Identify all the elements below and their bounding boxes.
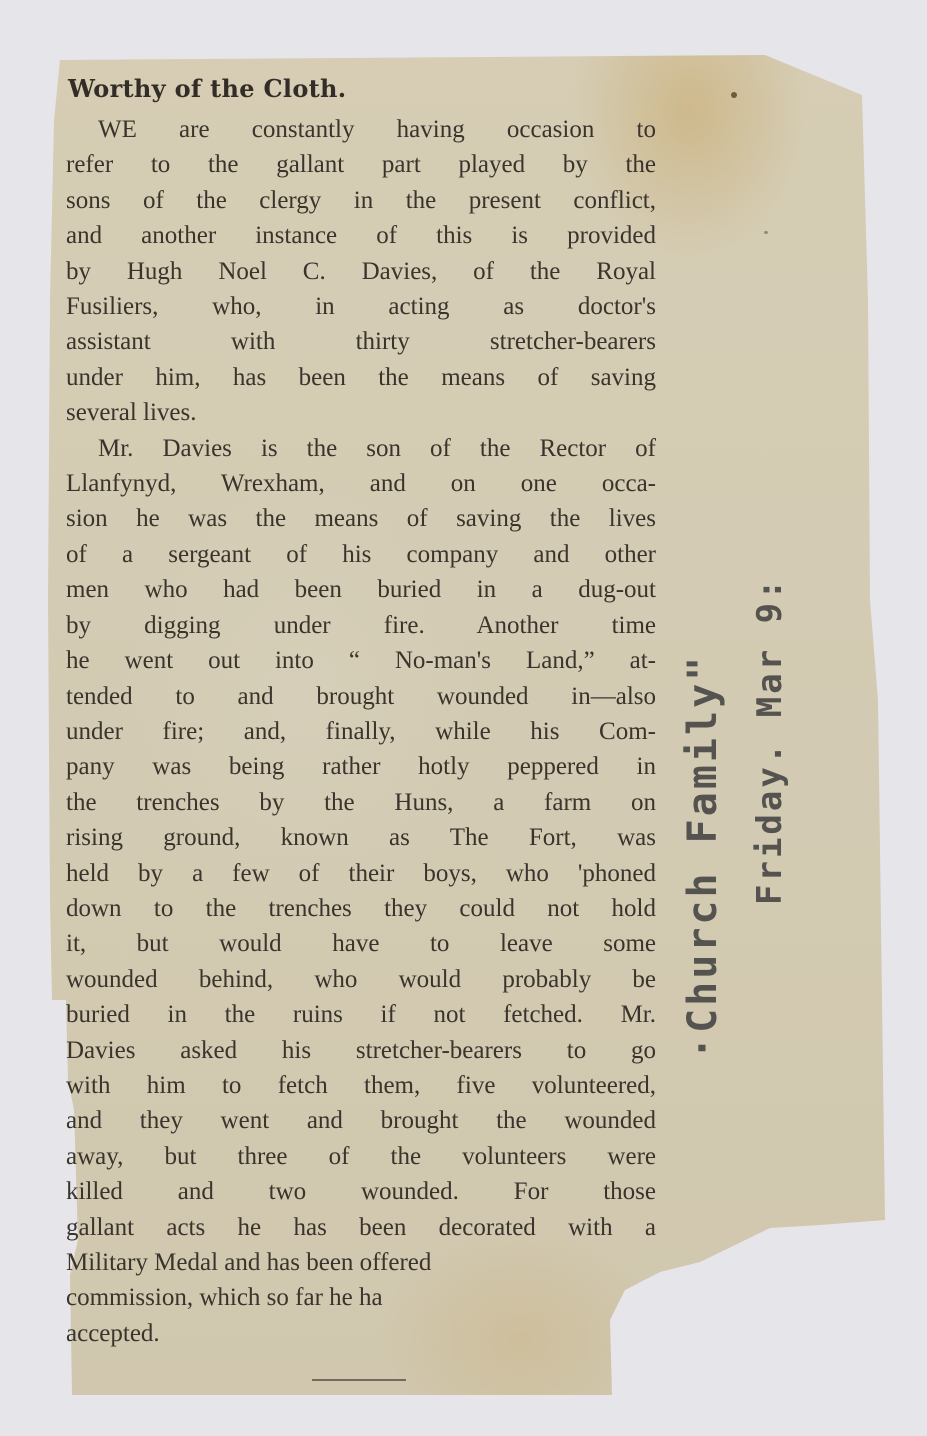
- text-line: men who had been buried in a dug-out: [66, 572, 656, 607]
- text-line: commission, which so far he ha: [66, 1280, 656, 1315]
- text-line: sons of the clergy in the present confli…: [66, 183, 656, 218]
- text-line: assistant with thirty stretcher-bearers: [66, 324, 656, 359]
- ink-speck: [764, 231, 768, 234]
- ink-speck: [731, 92, 737, 98]
- handwritten-source-note: ·Church Family": [680, 654, 726, 1060]
- text-line: wounded behind, who would probably be: [66, 962, 656, 997]
- text-line: down to the trenches they could not hold: [66, 891, 656, 926]
- text-line: it, but would have to leave some: [66, 926, 656, 961]
- text-line: killed and two wounded. For those: [66, 1174, 656, 1209]
- article-paragraph-2: Mr. Davies is the son of the Rector of L…: [66, 431, 656, 1352]
- text-line: with him to fetch them, five volunteered…: [66, 1068, 656, 1103]
- text-line: by Hugh Noel C. Davies, of the Royal: [66, 254, 656, 289]
- text-line: pany was being rather hotly peppered in: [66, 749, 656, 784]
- text-line: several lives.: [66, 395, 656, 430]
- text-line: and another instance of this is provided: [66, 218, 656, 253]
- text-line: by digging under fire. Another time: [66, 608, 656, 643]
- text-line: tended to and brought wounded in—also: [66, 679, 656, 714]
- article-headline: Worthy of the Cloth.: [68, 74, 656, 104]
- text-line: Llanfynyd, Wrexham, and on one occa-: [66, 466, 656, 501]
- text-line: under him, has been the means of saving: [66, 360, 656, 395]
- text-line: away, but three of the volunteers were: [66, 1139, 656, 1174]
- text-line: of a sergeant of his company and other: [66, 537, 656, 572]
- article: Worthy of the Cloth. WE are constantly h…: [66, 74, 656, 1351]
- text-line: he went out into “ No-man's Land,” at-: [66, 643, 656, 678]
- text-line: held by a few of their boys, who 'phoned: [66, 856, 656, 891]
- text-line: Davies asked his stretcher-bearers to go: [66, 1033, 656, 1068]
- text-line: under fire; and, finally, while his Com-: [66, 714, 656, 749]
- text-line: sion he was the means of saving the live…: [66, 501, 656, 536]
- text-line: the trenches by the Huns, a farm on: [66, 785, 656, 820]
- text-line: gallant acts he has been decorated with …: [66, 1210, 656, 1245]
- text-line: Military Medal and has been offered: [66, 1245, 656, 1280]
- handwritten-date-note: Friday. Mar 9:: [750, 576, 790, 905]
- end-rule: [312, 1379, 406, 1381]
- text-line: WE are constantly having occasion to: [66, 112, 656, 147]
- text-line: and they went and brought the wounded: [66, 1103, 656, 1138]
- text-line: Fusiliers, who, in acting as doctor's: [66, 289, 656, 324]
- text-line: buried in the ruins if not fetched. Mr.: [66, 997, 656, 1032]
- text-line: refer to the gallant part played by the: [66, 147, 656, 182]
- text-line: Mr. Davies is the son of the Rector of: [66, 431, 656, 466]
- article-paragraph-1: WE are constantly having occasion to ref…: [66, 112, 656, 431]
- text-line: rising ground, known as The Fort, was: [66, 820, 656, 855]
- text-line: accepted.: [66, 1316, 656, 1351]
